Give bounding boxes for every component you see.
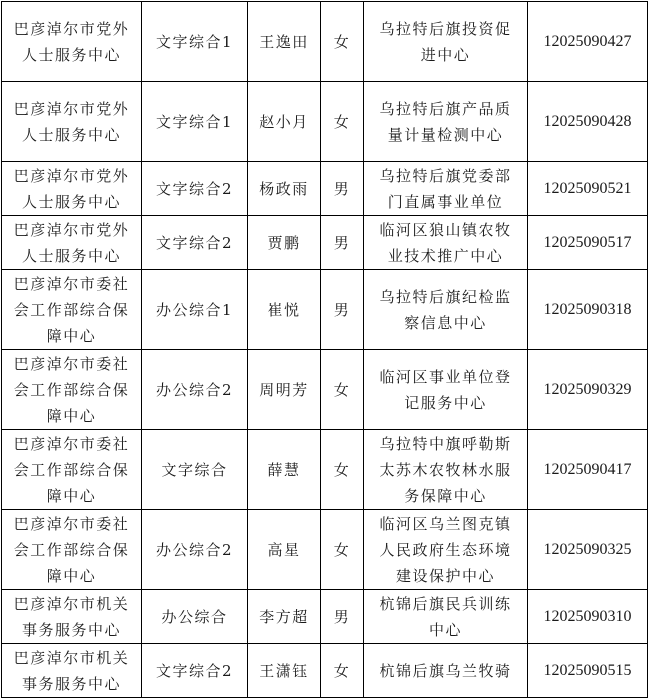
cell-gender: 男 <box>321 162 364 216</box>
cell-current-unit: 乌拉特后旗投资促进中心 <box>364 2 528 82</box>
cell-gender: 男 <box>321 270 364 350</box>
table-row: 巴彦淖尔市党外人士服务中心 文字综合2 贾鹏 男 临河区狼山镇农牧业技术推广中心… <box>2 216 648 270</box>
cell-current-unit: 杭锦后旗民兵训练中心 <box>364 590 528 644</box>
table-row: 巴彦淖尔市党外人士服务中心 文字综合1 赵小月 女 乌拉特后旗产品质量计量检测中… <box>2 82 648 162</box>
cell-unit: 巴彦淖尔市党外人士服务中心 <box>2 162 142 216</box>
cell-unit: 巴彦淖尔市党外人士服务中心 <box>2 82 142 162</box>
cell-position: 办公综合2 <box>142 510 248 590</box>
cell-position: 文字综合1 <box>142 2 248 82</box>
cell-position: 文字综合2 <box>142 162 248 216</box>
cell-current-unit: 临河区狼山镇农牧业技术推广中心 <box>364 216 528 270</box>
cell-exam-id: 12025090325 <box>528 510 648 590</box>
cell-exam-id: 12025090310 <box>528 590 648 644</box>
cell-name: 贾鹏 <box>248 216 321 270</box>
cell-exam-id: 12025090417 <box>528 430 648 510</box>
cell-position: 文字综合 <box>142 430 248 510</box>
cell-position: 办公综合1 <box>142 270 248 350</box>
cell-name: 周明芳 <box>248 350 321 430</box>
table-row: 巴彦淖尔市机关事务服务中心 办公综合 李方超 男 杭锦后旗民兵训练中心 1202… <box>2 590 648 644</box>
cell-unit: 巴彦淖尔市委社会工作部综合保障中心 <box>2 270 142 350</box>
cell-position: 文字综合1 <box>142 82 248 162</box>
cell-unit: 巴彦淖尔市党外人士服务中心 <box>2 216 142 270</box>
cell-name: 崔悦 <box>248 270 321 350</box>
cell-exam-id: 12025090329 <box>528 350 648 430</box>
personnel-table: 巴彦淖尔市党外人士服务中心 文字综合1 王逸田 女 乌拉特后旗投资促进中心 12… <box>1 1 648 698</box>
cell-gender: 女 <box>321 82 364 162</box>
cell-name: 王逸田 <box>248 2 321 82</box>
cell-position: 办公综合2 <box>142 350 248 430</box>
cell-position: 文字综合2 <box>142 644 248 698</box>
cell-name: 王潇钰 <box>248 644 321 698</box>
cell-exam-id: 12025090428 <box>528 82 648 162</box>
cell-gender: 男 <box>321 216 364 270</box>
cell-exam-id: 12025090427 <box>528 2 648 82</box>
cell-current-unit: 杭锦后旗乌兰牧骑 <box>364 644 528 698</box>
table-row: 巴彦淖尔市委社会工作部综合保障中心 办公综合1 崔悦 男 乌拉特后旗纪检监察信息… <box>2 270 648 350</box>
table-row: 巴彦淖尔市党外人士服务中心 文字综合2 杨政雨 男 乌拉特后旗党委部门直属事业单… <box>2 162 648 216</box>
cell-exam-id: 12025090318 <box>528 270 648 350</box>
cell-gender: 女 <box>321 350 364 430</box>
cell-gender: 男 <box>321 590 364 644</box>
cell-unit: 巴彦淖尔市机关事务服务中心 <box>2 590 142 644</box>
cell-name: 高星 <box>248 510 321 590</box>
cell-exam-id: 12025090517 <box>528 216 648 270</box>
cell-gender: 女 <box>321 2 364 82</box>
cell-name: 杨政雨 <box>248 162 321 216</box>
cell-exam-id: 12025090515 <box>528 644 648 698</box>
cell-current-unit: 乌拉特后旗产品质量计量检测中心 <box>364 82 528 162</box>
cell-position: 办公综合 <box>142 590 248 644</box>
cell-exam-id: 12025090521 <box>528 162 648 216</box>
cell-unit: 巴彦淖尔市委社会工作部综合保障中心 <box>2 350 142 430</box>
cell-unit: 巴彦淖尔市党外人士服务中心 <box>2 2 142 82</box>
cell-name: 李方超 <box>248 590 321 644</box>
cell-position: 文字综合2 <box>142 216 248 270</box>
cell-unit: 巴彦淖尔市委社会工作部综合保障中心 <box>2 510 142 590</box>
cell-gender: 女 <box>321 510 364 590</box>
cell-gender: 女 <box>321 644 364 698</box>
table-row: 巴彦淖尔市委社会工作部综合保障中心 办公综合2 周明芳 女 临河区事业单位登记服… <box>2 350 648 430</box>
cell-name: 赵小月 <box>248 82 321 162</box>
cell-unit: 巴彦淖尔市机关事务服务中心 <box>2 644 142 698</box>
table-row: 巴彦淖尔市党外人士服务中心 文字综合1 王逸田 女 乌拉特后旗投资促进中心 12… <box>2 2 648 82</box>
cell-name: 薛慧 <box>248 430 321 510</box>
cell-current-unit: 临河区乌兰图克镇人民政府生态环境建设保护中心 <box>364 510 528 590</box>
cell-gender: 女 <box>321 430 364 510</box>
cell-current-unit: 临河区事业单位登记服务中心 <box>364 350 528 430</box>
cell-current-unit: 乌拉特后旗党委部门直属事业单位 <box>364 162 528 216</box>
table-row: 巴彦淖尔市委社会工作部综合保障中心 办公综合2 高星 女 临河区乌兰图克镇人民政… <box>2 510 648 590</box>
cell-current-unit: 乌拉特中旗呼勒斯太苏木农牧林水服务保障中心 <box>364 430 528 510</box>
cell-unit: 巴彦淖尔市委社会工作部综合保障中心 <box>2 430 142 510</box>
cell-current-unit: 乌拉特后旗纪检监察信息中心 <box>364 270 528 350</box>
table-row: 巴彦淖尔市委社会工作部综合保障中心 文字综合 薛慧 女 乌拉特中旗呼勒斯太苏木农… <box>2 430 648 510</box>
table-row: 巴彦淖尔市机关事务服务中心 文字综合2 王潇钰 女 杭锦后旗乌兰牧骑 12025… <box>2 644 648 698</box>
